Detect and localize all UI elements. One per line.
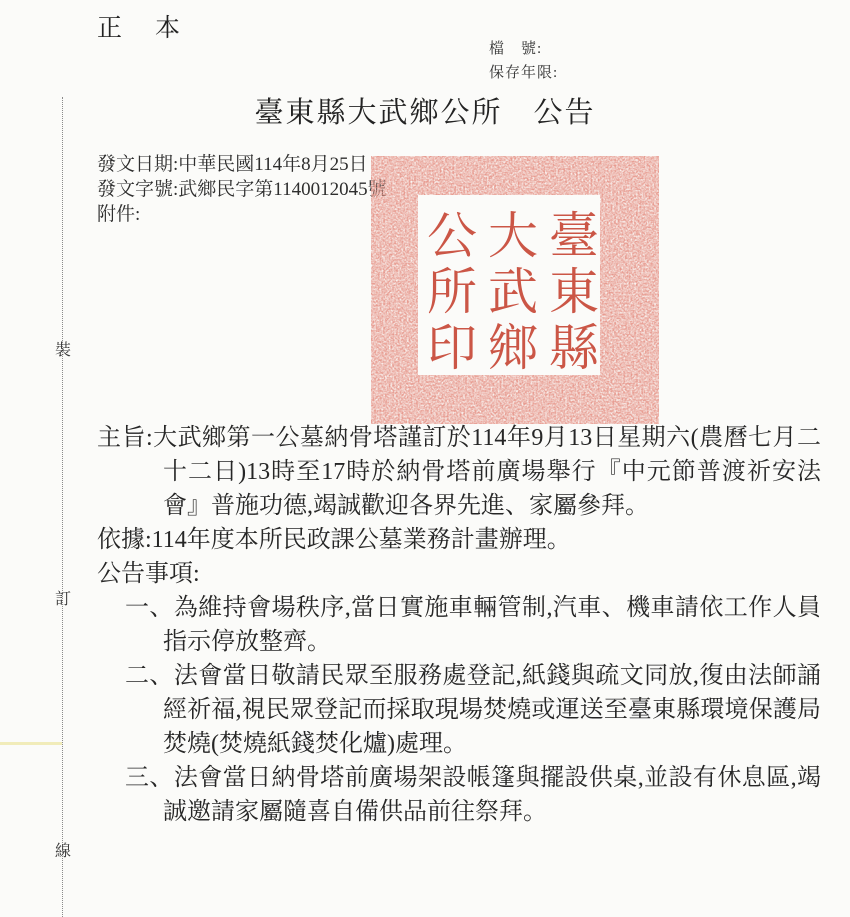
doc-number-value: 武鄉民字第1140012045號 xyxy=(178,179,386,200)
subject-label: 主旨: xyxy=(97,425,153,451)
retention-period-label: 保存年限: xyxy=(489,61,558,85)
binding-mark-ding: 訂 xyxy=(55,586,71,609)
basis-paragraph: 依據:114年度本所民政課公墓業務計畫辦理。 xyxy=(97,523,821,557)
item-text: 法會當日納骨塔前廣場架設帳篷與擺設供桌,並設有休息區,竭誠邀請家屬隨喜自備供品前… xyxy=(163,765,821,825)
item-number: 一、 xyxy=(125,595,174,621)
document-title: 臺東縣大武鄉公所 公告 xyxy=(0,90,850,131)
item-number: 三、 xyxy=(125,765,174,791)
announcement-item-3: 三、法會當日納骨塔前廣場架設帳篷與擺設供桌,並設有休息區,竭誠邀請家屬隨喜自備供… xyxy=(97,761,821,829)
seal-column-middle: 大武鄉 xyxy=(479,198,539,388)
announcement-item-2: 二、法會當日敬請民眾至服務處登記,紙錢與疏文同放,復由法師誦經祈福,視民眾登記而… xyxy=(97,659,821,761)
issue-date-value: 中華民國114年8月25日 xyxy=(178,154,367,175)
basis-label: 依據: xyxy=(97,527,152,553)
item-text: 為維持會場秩序,當日實施車輛管制,汽車、機車請依工作人員指示停放整齊。 xyxy=(163,595,821,655)
subject-paragraph: 主旨:大武鄉第一公墓納骨塔謹訂於114年9月13日星期六(農曆七月二十二日)13… xyxy=(97,421,821,523)
issue-date-label: 發文日期: xyxy=(97,154,178,175)
file-number-label: 檔 號: xyxy=(489,37,558,61)
official-seal-stamp: 臺東縣 大武鄉 公所印 xyxy=(371,156,659,424)
basis-text: 114年度本所民政課公墓業務計畫辦理。 xyxy=(152,527,571,553)
doc-number-label: 發文字號: xyxy=(97,179,178,200)
scan-artifact-line xyxy=(0,742,62,745)
attachment-line: 附件: xyxy=(97,202,387,227)
item-text: 法會當日敬請民眾至服務處登記,紙錢與疏文同放,復由法師誦經祈福,視民眾登記而採取… xyxy=(163,663,821,757)
doc-number-line: 發文字號:武鄉民字第1140012045號 xyxy=(97,177,387,202)
issue-date-line: 發文日期:中華民國114年8月25日 xyxy=(97,152,387,177)
announcement-item-1: 一、為維持會場秩序,當日實施車輛管制,汽車、機車請依工作人員指示停放整齊。 xyxy=(97,591,821,659)
binding-mark-zhuang: 裝 xyxy=(55,337,71,360)
seal-column-right: 臺東縣 xyxy=(540,198,600,388)
subject-text: 大武鄉第一公墓納骨塔謹訂於114年9月13日星期六(農曆七月二十二日)13時至1… xyxy=(153,425,821,519)
scanned-announcement-page: 正 本 檔 號: 保存年限: 臺東縣大武鄉公所 公告 發文日期:中華民國114年… xyxy=(0,0,850,917)
copy-type-label: 正 本 xyxy=(97,8,184,44)
binding-mark-xian: 線 xyxy=(55,838,71,861)
binding-dotted-line xyxy=(62,97,63,917)
file-header-block: 檔 號: 保存年限: xyxy=(489,37,558,85)
items-heading: 公告事項: xyxy=(97,557,821,591)
seal-column-left: 公所印 xyxy=(418,198,478,388)
announcement-body: 主旨:大武鄉第一公墓納骨塔謹訂於114年9月13日星期六(農曆七月二十二日)13… xyxy=(97,421,821,829)
document-meta-block: 發文日期:中華民國114年8月25日 發文字號:武鄉民字第1140012045號… xyxy=(97,152,387,227)
item-number: 二、 xyxy=(125,663,174,689)
attachment-label: 附件: xyxy=(97,204,140,225)
